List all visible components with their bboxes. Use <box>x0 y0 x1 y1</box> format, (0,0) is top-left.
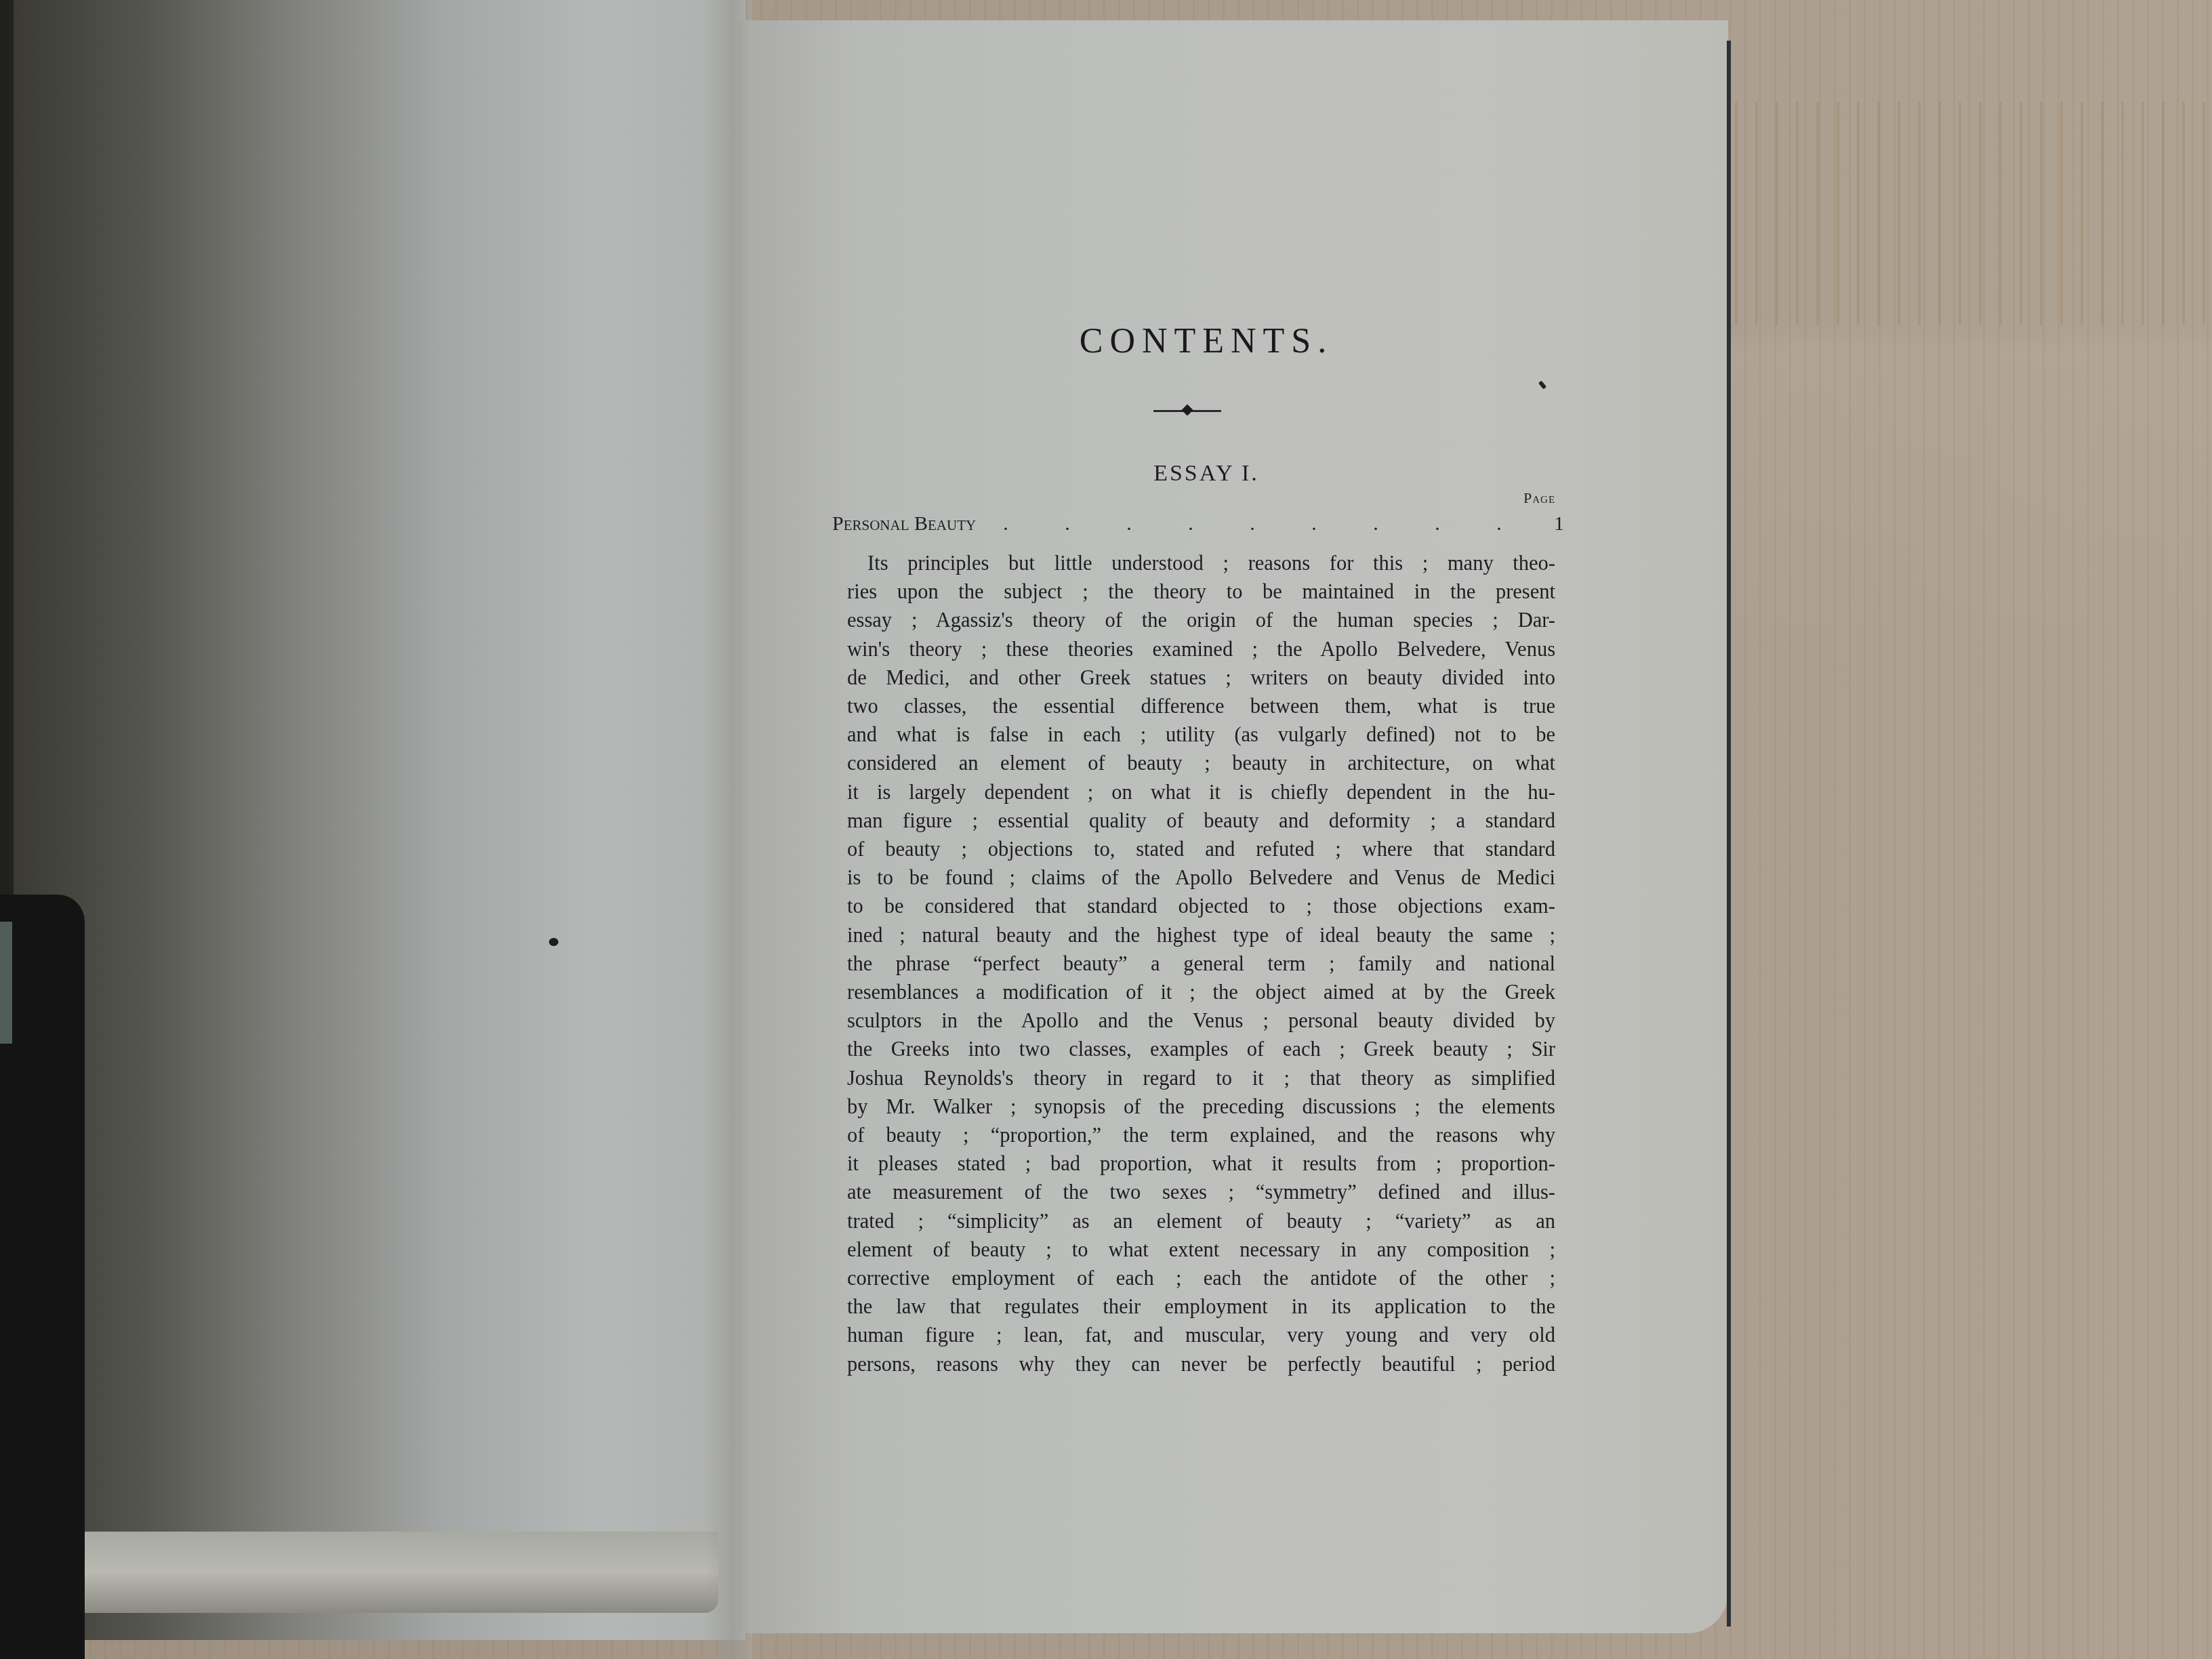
synopsis-line: Joshua Reynolds's theory in regard to it… <box>847 1064 1555 1092</box>
entry-synopsis: Its principles but little understood ; r… <box>847 549 1555 1378</box>
section-heading: ESSAY I. <box>827 461 1565 487</box>
toc-entry[interactable]: Personal Beauty . . . . . . . . . 1 <box>832 512 1571 542</box>
book-cover-corner <box>0 895 85 1659</box>
synopsis-line: persons, reasons why they can never be p… <box>847 1350 1555 1378</box>
synopsis-line: of beauty ; objections to, stated and re… <box>847 835 1555 863</box>
synopsis-line: ries upon the subject ; the theory to be… <box>847 577 1555 606</box>
toc-page-number: 1 <box>1554 512 1571 535</box>
synopsis-line: sculptors in the Apollo and the Venus ; … <box>847 1006 1555 1035</box>
synopsis-line: the phrase “perfect beauty” a general te… <box>847 949 1555 978</box>
synopsis-line: trated ; “simplicity” as an element of b… <box>847 1207 1555 1235</box>
synopsis-line: by Mr. Walker ; synopsis of the precedin… <box>847 1092 1555 1121</box>
synopsis-line: is to be found ; claims of the Apollo Be… <box>847 863 1555 892</box>
synopsis-line: corrective employment of each ; each the… <box>847 1264 1555 1292</box>
synopsis-line: ined ; natural beauty and the highest ty… <box>847 921 1555 949</box>
wood-grain-band <box>1735 102 2212 325</box>
diamond-icon <box>1182 405 1193 416</box>
cover-lining <box>0 922 12 1044</box>
synopsis-line: two classes, the essential difference be… <box>847 692 1555 720</box>
page-title: CONTENTS. <box>827 321 1565 361</box>
synopsis-line: of beauty ; “proportion,” the term expla… <box>847 1121 1555 1149</box>
toc-entry-title: Personal Beauty <box>832 512 976 535</box>
synopsis-line: and what is false in each ; utility (as … <box>847 720 1555 749</box>
contents-page: CONTENTS. ESSAY I. Page Personal Beauty … <box>827 0 1565 1659</box>
synopsis-line: the law that regulates their employment … <box>847 1292 1555 1321</box>
synopsis-line: win's theory ; these theories examined ;… <box>847 635 1555 663</box>
right-cover-edge <box>1727 41 1731 1626</box>
synopsis-line: it is largely dependent ; on what it is … <box>847 778 1555 806</box>
synopsis-line: to be considered that standard objected … <box>847 892 1555 920</box>
synopsis-line: considered an element of beauty ; beauty… <box>847 749 1555 777</box>
page-column-label: Page <box>1523 489 1555 507</box>
synopsis-line: human figure ; lean, fat, and muscular, … <box>847 1321 1555 1349</box>
dot-leader: . . . . . . . . . <box>1003 512 1538 535</box>
synopsis-line: it pleases stated ; bad proportion, what… <box>847 1149 1555 1178</box>
synopsis-line: element of beauty ; to what extent neces… <box>847 1235 1555 1264</box>
left-page-curl <box>41 1532 718 1613</box>
page-blemish <box>549 938 558 946</box>
synopsis-line: man figure ; essential quality of beauty… <box>847 806 1555 835</box>
book-gutter <box>705 0 752 1659</box>
synopsis-line: the Greeks into two classes, examples of… <box>847 1035 1555 1063</box>
synopsis-line: ate measurement of the two sexes ; “symm… <box>847 1178 1555 1206</box>
synopsis-line: Its principles but little understood ; r… <box>847 549 1555 577</box>
left-page <box>14 0 745 1640</box>
synopsis-line: de Medici, and other Greek statues ; wri… <box>847 663 1555 692</box>
diamond-rule-icon <box>1153 404 1221 417</box>
synopsis-line: essay ; Agassiz's theory of the origin o… <box>847 606 1555 634</box>
synopsis-line: resemblances a modification of it ; the … <box>847 978 1555 1006</box>
